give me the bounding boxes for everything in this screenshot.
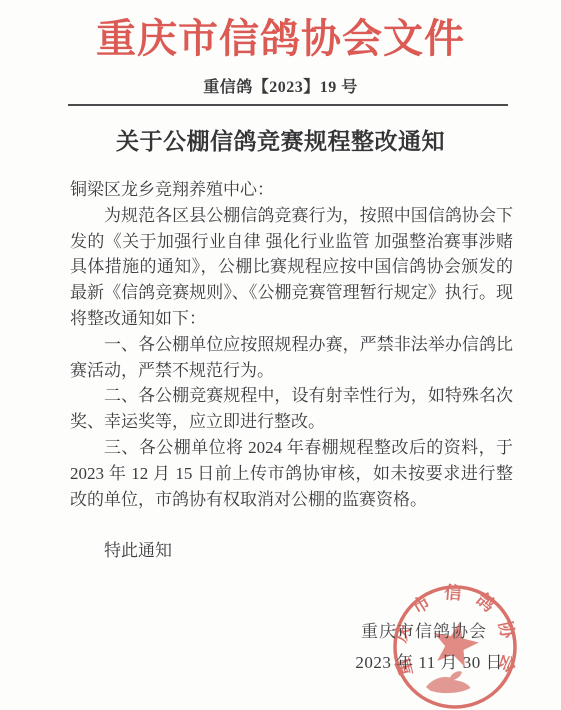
signature-name: 重庆市信鸽协会 xyxy=(361,617,487,642)
seal-pigeon-icon xyxy=(426,671,471,693)
recipient-line: 铜梁区龙乡竞翔养殖中心： xyxy=(70,177,513,203)
signature-date: 2023 年 11 月 30 日 xyxy=(355,648,503,673)
closing-line: 特此通知 xyxy=(70,538,513,564)
body-paragraph: 三、各公棚单位将 2024 年春棚规程整改后的资料，于 2023 年 12 月 … xyxy=(70,435,513,512)
letterhead-title: 重庆市信鸽协会文件 xyxy=(0,0,561,61)
body-paragraph: 为规范各区县公棚信鸽竞赛行为，按照中国信鸽协会下发的《关于加强行业自律 强化行业… xyxy=(70,203,513,332)
document-body: 铜梁区龙乡竞翔养殖中心： 为规范各区县公棚信鸽竞赛行为，按照中国信鸽协会下发的《… xyxy=(70,177,513,564)
official-document-page: 重庆市信鸽协会文件 重信鸽【2023】19 号 关于公棚信鸽竞赛规程整改通知 铜… xyxy=(0,0,561,710)
header-divider-line xyxy=(68,104,508,106)
body-paragraph: 二、各公棚竞赛规程中，设有射幸性行为，如特殊名次奖、幸运奖等，应立即进行整改。 xyxy=(70,383,513,435)
body-paragraph: 一、各公棚单位应按照规程办赛，严禁非法举办信鸽比赛活动，严禁不规范行为。 xyxy=(70,332,513,384)
document-title: 关于公棚信鸽竞赛规程整改通知 xyxy=(0,123,561,156)
official-seal: 重庆市信鸽协会 xyxy=(390,582,520,710)
document-number: 重信鸽【2023】19 号 xyxy=(0,74,561,97)
